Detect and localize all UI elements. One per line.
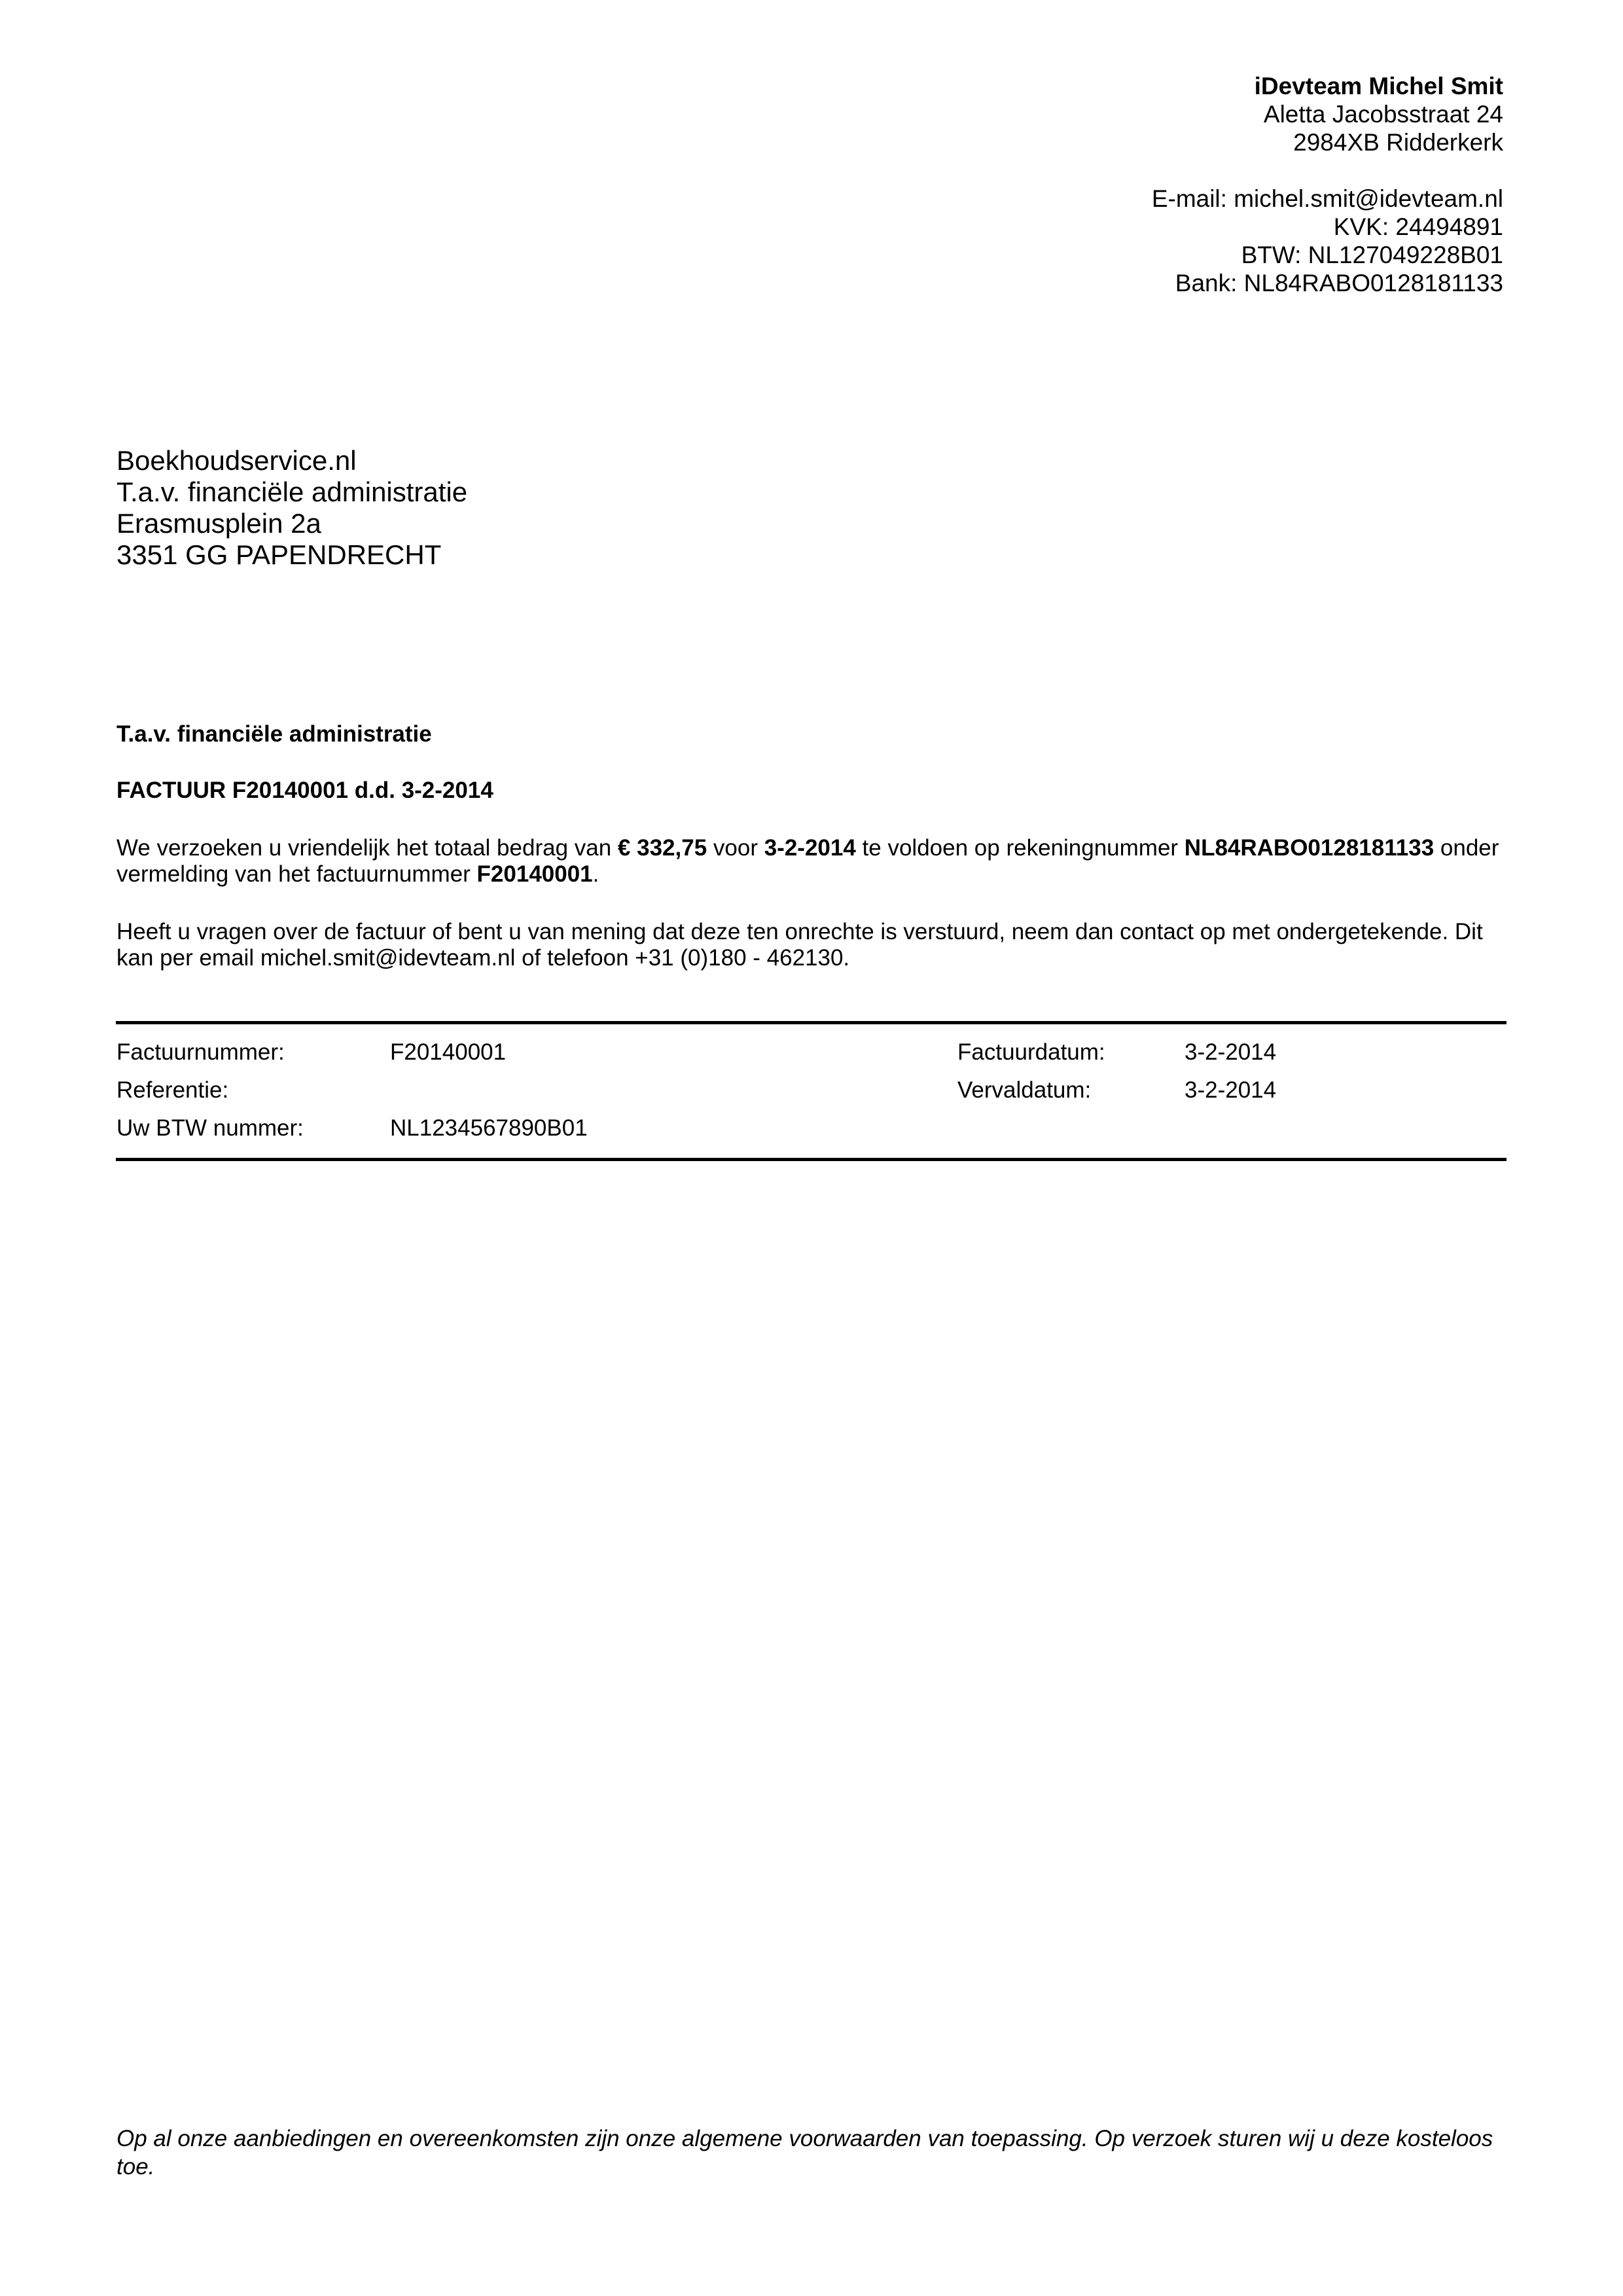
recipient-postal-city: 3351 GG PAPENDRECHT [116, 539, 467, 571]
total-amount: € 332,75 [618, 835, 707, 861]
attention-heading: T.a.v. financiële administratie [116, 721, 1510, 747]
divider [116, 1021, 1507, 1024]
detail-value: NL1234567890B01 [390, 1115, 588, 1141]
text: voor [707, 835, 764, 861]
sender-btw: BTW: NL127049228B01 [914, 241, 1503, 269]
detail-label: Factuurnummer: [116, 1039, 285, 1066]
account-number: NL84RABO0128181133 [1185, 835, 1434, 861]
sender-postal-city: 2984XB Ridderkerk [914, 128, 1503, 156]
sender-email: E-mail: michel.smit@idevteam.nl [914, 185, 1503, 213]
detail-value: F20140001 [390, 1039, 506, 1066]
recipient-street: Erasmusplein 2a [116, 508, 467, 539]
text: . [593, 861, 599, 887]
divider [116, 1158, 1507, 1161]
detail-value: 3-2-2014 [1185, 1039, 1276, 1066]
detail-label: Vervaldatum: [957, 1077, 1091, 1103]
detail-label: Uw BTW nummer: [116, 1115, 304, 1141]
text: te voldoen op rekeningnummer [856, 835, 1185, 861]
due-date: 3-2-2014 [764, 835, 856, 861]
detail-value: 3-2-2014 [1185, 1077, 1276, 1103]
terms-footer: Op al onze aanbiedingen en overeenkomste… [116, 2125, 1510, 2181]
detail-label: Factuurdatum: [957, 1039, 1105, 1066]
text: We verzoeken u vriendelijk het totaal be… [116, 835, 618, 861]
invoice-number: F20140001 [477, 861, 593, 887]
sender-bank: Bank: NL84RABO0128181133 [914, 269, 1503, 297]
recipient-address: Boekhoudservice.nl T.a.v. financiële adm… [116, 445, 467, 571]
sender-name: iDevteam Michel Smit [914, 72, 1503, 100]
contact-paragraph: Heeft u vragen over de factuur of bent u… [116, 919, 1510, 971]
sender-kvk: KVK: 24494891 [914, 213, 1503, 241]
recipient-attention: T.a.v. financiële administratie [116, 476, 467, 508]
sender-block: iDevteam Michel Smit Aletta Jacobsstraat… [914, 72, 1503, 297]
payment-request-paragraph: We verzoeken u vriendelijk het totaal be… [116, 835, 1510, 888]
recipient-company: Boekhoudservice.nl [116, 445, 467, 476]
detail-label: Referentie: [116, 1077, 228, 1103]
invoice-title: FACTUUR F20140001 d.d. 3-2-2014 [116, 778, 1510, 804]
sender-street: Aletta Jacobsstraat 24 [914, 100, 1503, 128]
spacer [914, 156, 1503, 185]
